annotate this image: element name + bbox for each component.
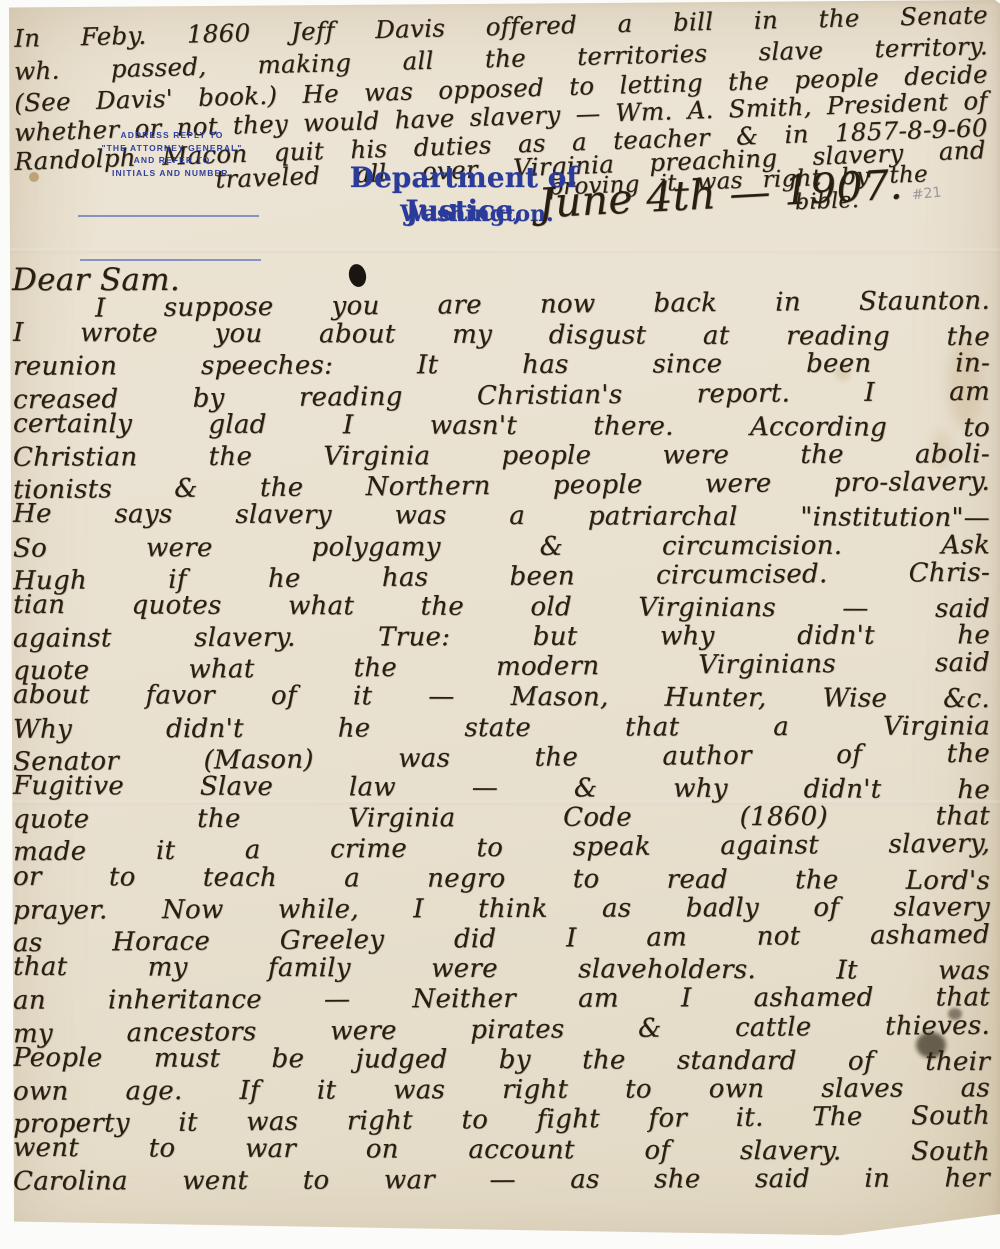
hole-punch-dot: [347, 262, 368, 288]
letter-paper: In Feby. 1860 Jeff Davis offered a bill …: [0, 0, 1000, 1249]
letterhead-city: Washington.: [400, 201, 550, 227]
address-note-line: INITIALS AND NUMBER.: [99, 167, 245, 180]
body-line: Carolina went to war — as she said in he…: [13, 1164, 990, 1198]
address-note-line: AND REFER TO: [99, 154, 245, 167]
body-line: Fugitive Slave law — & why didn't he: [13, 771, 990, 805]
letter-body: I suppose you are now back in Staunton. …: [13, 290, 990, 1196]
fold-crease: [0, 249, 1000, 252]
body-line: tian quotes what the old Virginians — sa…: [13, 590, 990, 624]
body-line: went to war on account of slavery. South: [13, 1133, 990, 1167]
pencil-page-number: #21: [911, 184, 942, 203]
body-line: People must be judged by the standard of…: [13, 1043, 990, 1077]
body-line: I wrote you about my disgust at reading …: [13, 318, 990, 352]
ruled-line: [78, 215, 259, 217]
body-line: about favor of it — Mason, Hunter, Wise …: [13, 680, 990, 714]
letterhead-address-note: ADDRESS REPLY TO "THE ATTORNEY GENERAL" …: [99, 129, 245, 179]
body-line: that my family were slaveholders. It was: [13, 952, 990, 986]
ruled-line: [80, 259, 261, 261]
body-line: certainly glad I wasn't there. According…: [13, 409, 990, 443]
body-line: or to teach a negro to read the Lord's: [13, 861, 990, 895]
address-note-line: "THE ATTORNEY GENERAL": [99, 142, 245, 155]
body-line: He says slavery was a patriarchal "insti…: [13, 499, 990, 533]
address-note-line: ADDRESS REPLY TO: [99, 129, 245, 142]
